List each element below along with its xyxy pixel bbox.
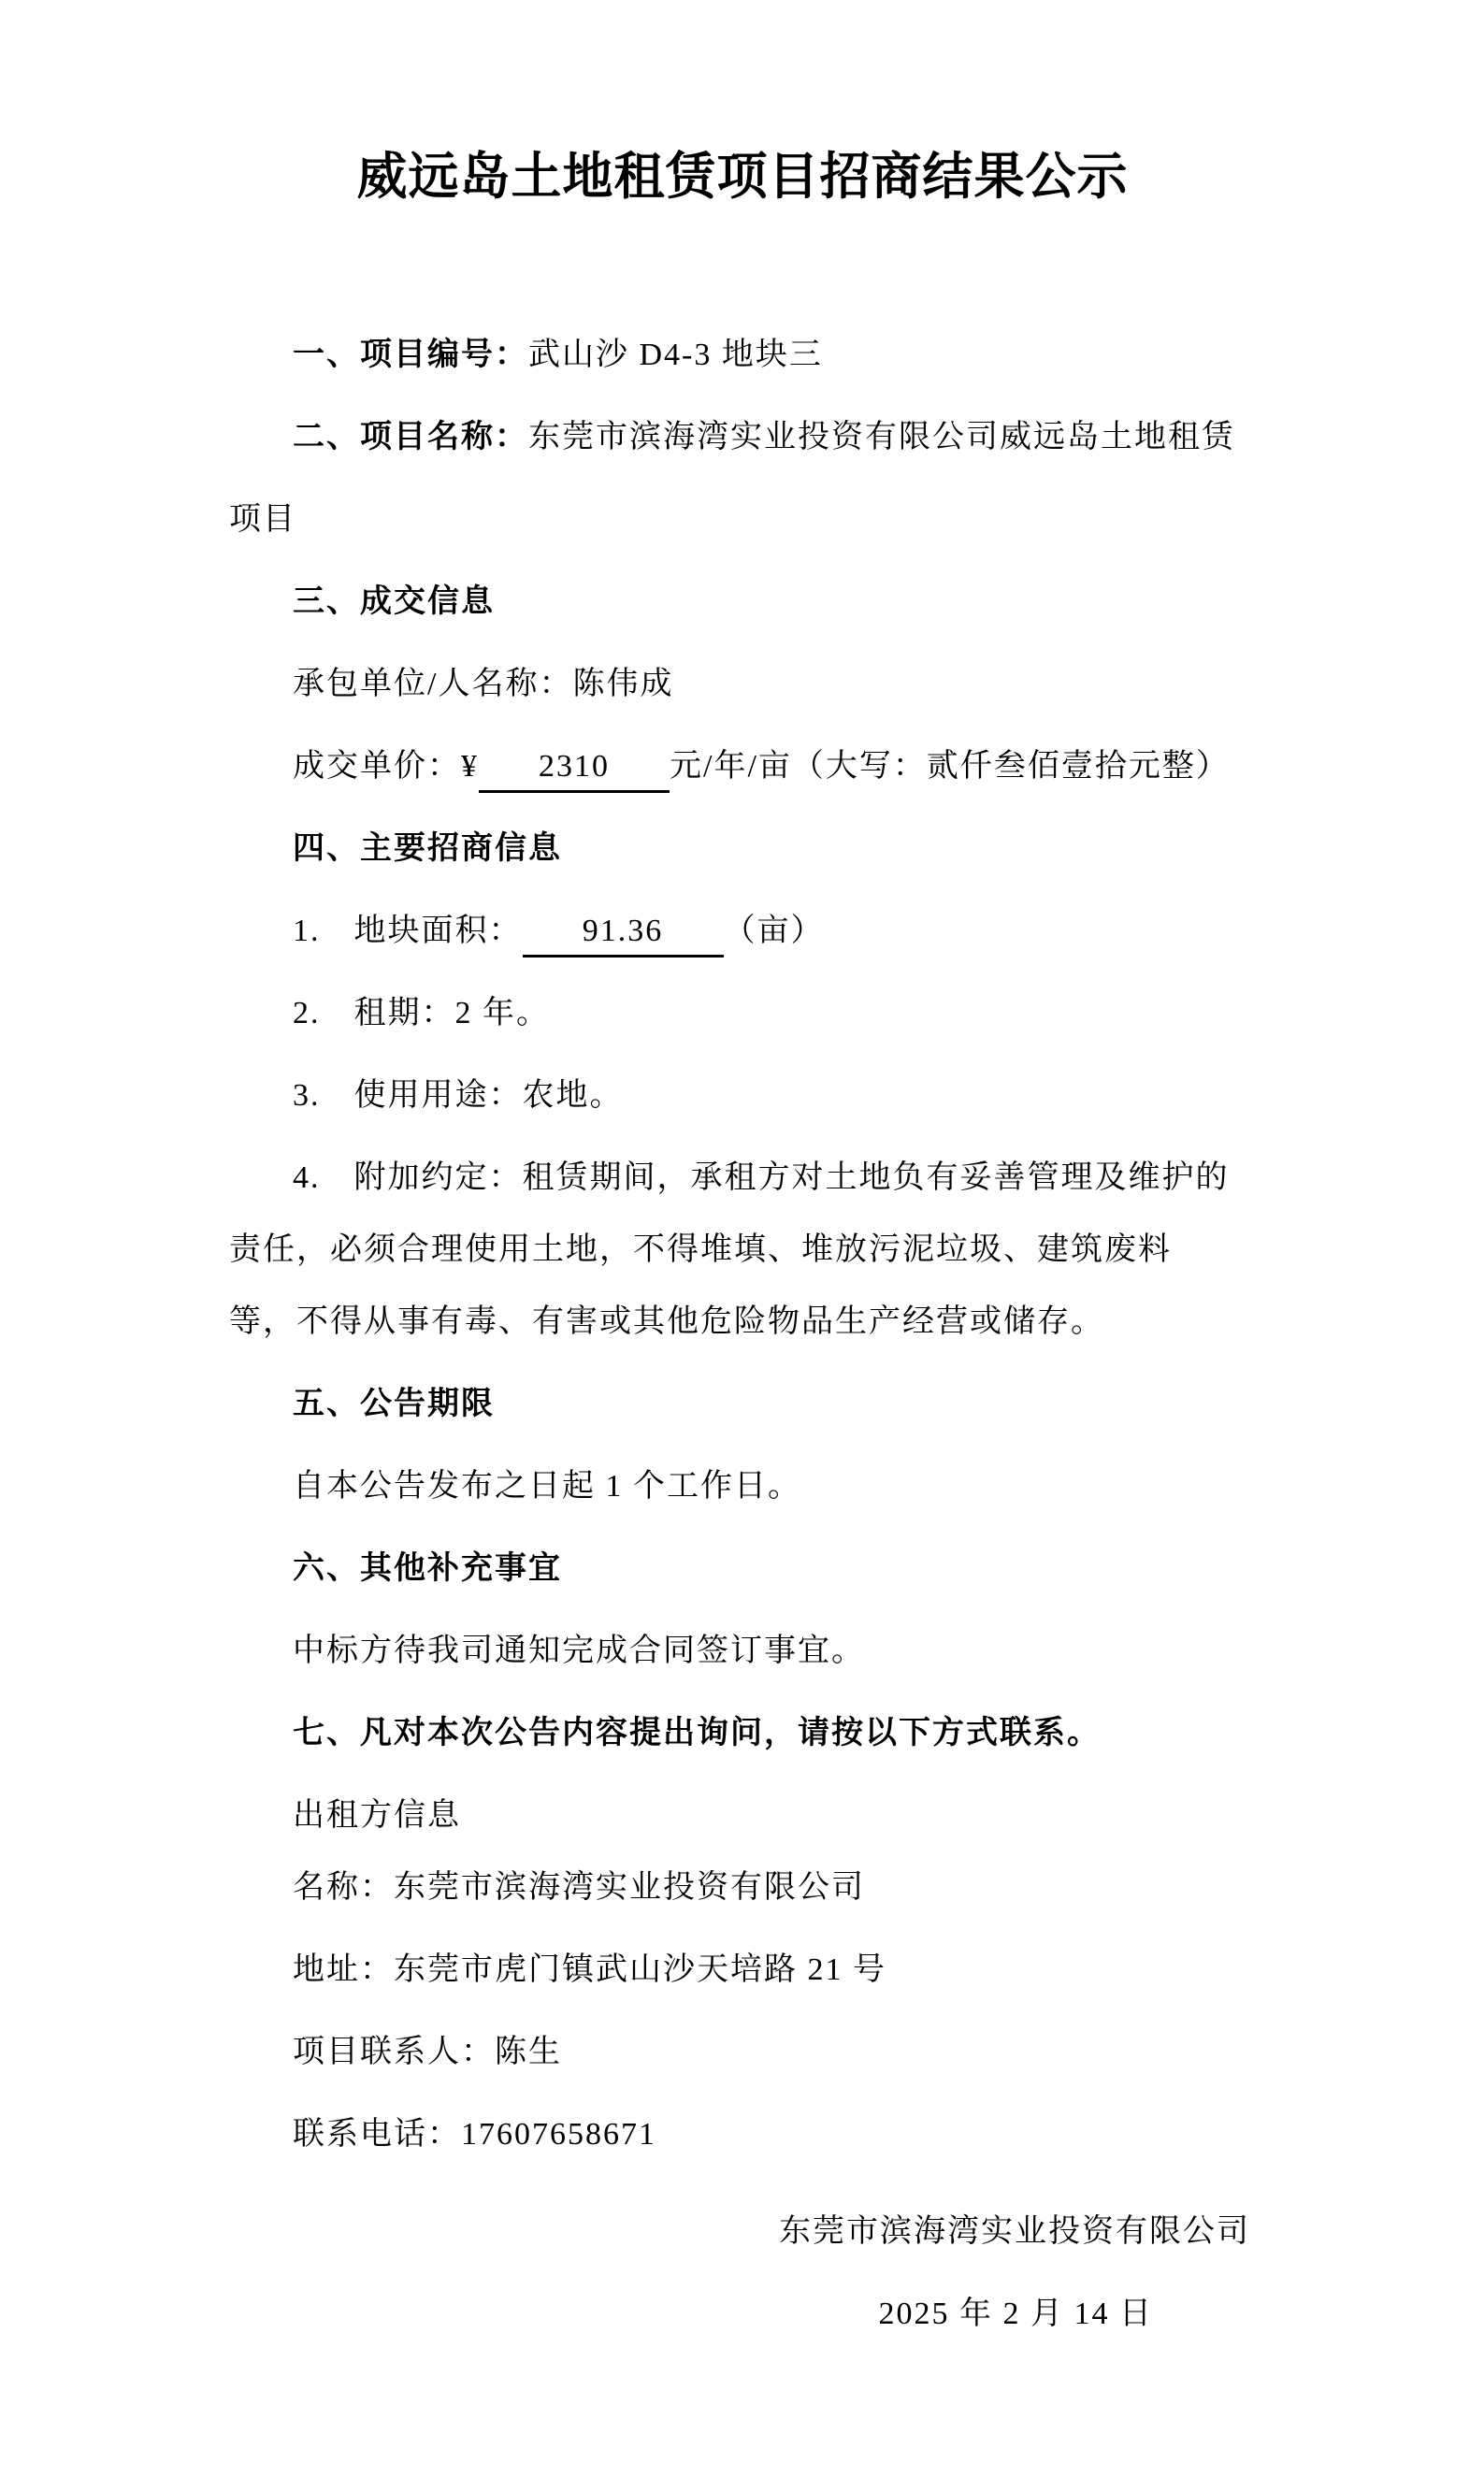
additional-terms-line2: 责任，必须合理使用土地，不得堆填、堆放污泥垃圾、建筑废料 xyxy=(229,1214,1256,1286)
document-content: 威远岛土地租赁项目招商结果公示 一、项目编号：武山沙 D4-3 地块三 二、项目… xyxy=(229,0,1256,2360)
land-area-prefix: 1. 地块面积： xyxy=(293,914,523,948)
project-name-value-line1: 东莞市滨海湾实业投资有限公司威远岛土地租赁 xyxy=(528,420,1235,454)
supplementary-line: 中标方待我司通知完成合同签订事宜。 xyxy=(229,1615,1256,1687)
lessor-info-heading: 出租方信息 xyxy=(229,1779,1256,1851)
project-name-value-line2: 项目 xyxy=(229,502,296,537)
notice-period-line: 自本公告发布之日起 1 个工作日。 xyxy=(229,1450,1256,1522)
deal-price-line: 成交单价：¥2310元/年/亩（大写：贰仟叁佰壹拾元整） xyxy=(229,730,1256,802)
lessor-contact-line: 项目联系人：陈生 xyxy=(229,2016,1256,2088)
section-5-heading: 五、公告期限 xyxy=(229,1368,1256,1440)
lease-term-line: 2. 租期：2 年。 xyxy=(229,977,1256,1049)
section-7-heading: 七、凡对本次公告内容提出询问，请按以下方式联系。 xyxy=(229,1697,1256,1769)
deal-price-prefix: 成交单价：¥ xyxy=(293,749,479,784)
deal-price-blank: 2310 xyxy=(479,747,670,793)
project-number-value: 武山沙 D4-3 地块三 xyxy=(528,338,823,372)
project-number-line: 一、项目编号：武山沙 D4-3 地块三 xyxy=(229,319,1256,391)
land-area-blank: 91.36 xyxy=(523,912,724,958)
lessor-address-line: 地址：东莞市虎门镇武山沙天培路 21 号 xyxy=(229,1934,1256,2006)
section-4-heading: 四、主要招商信息 xyxy=(229,813,1256,885)
land-area-suffix: （亩） xyxy=(724,914,825,948)
additional-terms-line3: 等，不得从事有毒、有害或其他危险物品生产经营或储存。 xyxy=(229,1286,1256,1358)
section-6-heading: 六、其他补充事宜 xyxy=(229,1533,1256,1605)
project-name-wrap-line: 项目 xyxy=(229,483,1256,555)
project-number-label: 一、项目编号： xyxy=(293,338,528,372)
section-3-heading: 三、成交信息 xyxy=(229,566,1256,638)
contractor-line: 承包单位/人名称：陈伟成 xyxy=(229,648,1256,720)
signature-date: 2025 年 2 月 14 日 xyxy=(229,2278,1256,2350)
lessor-phone-line: 联系电话：17607658671 xyxy=(229,2098,1256,2170)
deal-price-suffix: 元/年/亩（大写：贰仟叁佰壹拾元整） xyxy=(670,749,1230,784)
land-use-line: 3. 使用用途：农地。 xyxy=(229,1059,1256,1131)
announcement-page: 威远岛土地租赁项目招商结果公示 一、项目编号：武山沙 D4-3 地块三 二、项目… xyxy=(0,0,1484,2477)
additional-terms-line1: 4. 附加约定：租赁期间，承租方对土地负有妥善管理及维护的 xyxy=(229,1142,1256,1214)
signature-company: 东莞市滨海湾实业投资有限公司 xyxy=(229,2196,1256,2268)
document-title: 威远岛土地租赁项目招商结果公示 xyxy=(229,139,1256,214)
project-name-label: 二、项目名称： xyxy=(293,420,528,454)
project-name-line: 二、项目名称：东莞市滨海湾实业投资有限公司威远岛土地租赁 xyxy=(229,401,1256,473)
land-area-line: 1. 地块面积：91.36（亩） xyxy=(229,895,1256,967)
lessor-name-line: 名称：东莞市滨海湾实业投资有限公司 xyxy=(229,1851,1256,1923)
